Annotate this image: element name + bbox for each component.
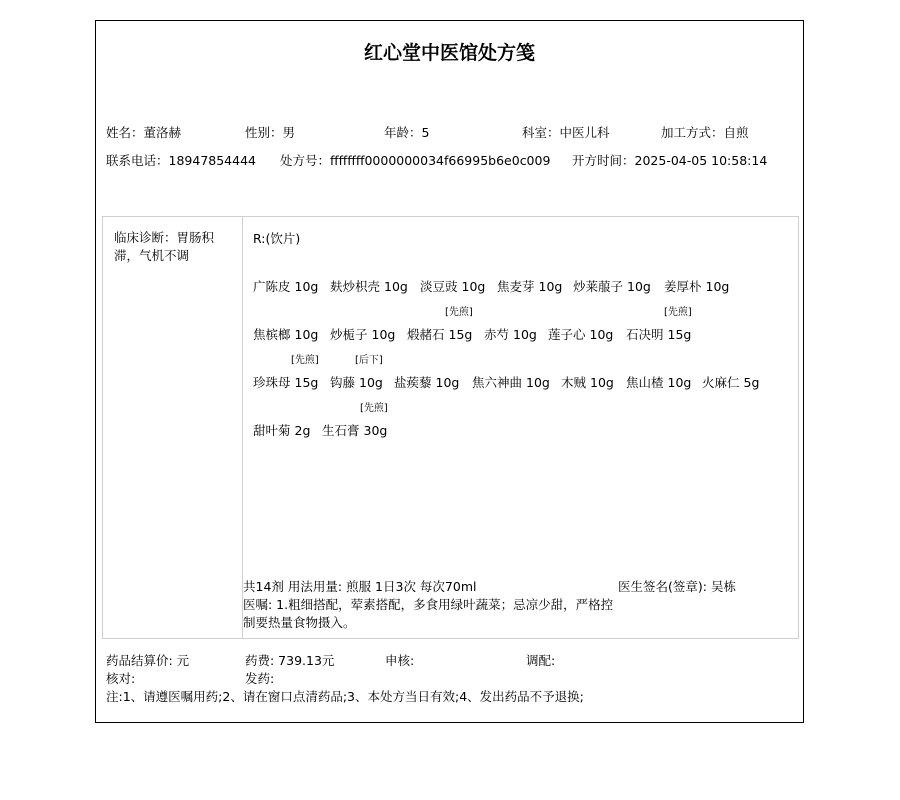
footer-notes: 注:1、请遵医嘱用药;2、请在窗口点清药品;3、本处方当日有效;4、发出药品不予… bbox=[106, 687, 584, 705]
herb-item: 焦麦芽 10g bbox=[497, 277, 562, 295]
herb-item: [先煎]石决明 15g bbox=[626, 325, 691, 343]
doctor-advice: 医嘱: 1.粗细搭配，荤素搭配，多食用绿叶蔬菜；忌凉少甜，严格控制要热量食物摄入… bbox=[243, 596, 623, 632]
herb-item: 焦槟榔 10g bbox=[253, 325, 318, 343]
herb-item: 盐蒺藜 10g bbox=[394, 373, 459, 391]
herb-item: 甜叶菊 2g bbox=[253, 421, 310, 439]
herb-item: 广陈皮 10g bbox=[253, 277, 318, 295]
decoction-note: [先煎] bbox=[664, 303, 692, 318]
herb-item: 姜厚朴 10g bbox=[664, 277, 729, 295]
decoction-note: [后下] bbox=[355, 351, 383, 366]
herb-item: [先煎]生石膏 30g bbox=[322, 421, 387, 439]
column-divider bbox=[242, 217, 243, 638]
prescription-number: 处方号：ffffffff0000000034f66995b6e0c009 bbox=[280, 151, 550, 169]
patient-name: 姓名：董洛赫 bbox=[106, 123, 181, 141]
herb-item: [先煎]煅赭石 15g bbox=[407, 325, 472, 343]
herb-item: [先煎]珍珠母 15g bbox=[253, 373, 318, 391]
issue-field: 发药: bbox=[245, 669, 274, 687]
herb-item: 莲子心 10g bbox=[548, 325, 613, 343]
herb-item: 炒莱菔子 10g bbox=[573, 277, 651, 295]
patient-phone: 联系电话：18947854444 bbox=[106, 151, 256, 169]
dispense-field: 调配: bbox=[526, 651, 555, 669]
usage-dosage: 共14剂 用法用量: 煎服 1日3次 每次70ml bbox=[243, 577, 476, 595]
department: 科室：中医儿科 bbox=[522, 123, 610, 141]
decoction-note: [先煎] bbox=[360, 399, 388, 414]
herb-item: 炒栀子 10g bbox=[330, 325, 395, 343]
page-title: 红心堂中医馆处方笺 bbox=[96, 38, 803, 65]
herb-item: 焦山楂 10g bbox=[626, 373, 691, 391]
process-method: 加工方式：自煎 bbox=[661, 123, 749, 141]
review-field: 申核: bbox=[385, 651, 414, 669]
rx-header: R:(饮片) bbox=[253, 229, 300, 247]
prescription-sheet: 红心堂中医馆处方笺 姓名：董洛赫 性别：男 年龄：5 科室：中医儿科 加工方式：… bbox=[95, 20, 804, 723]
herb-item: 木贼 10g bbox=[561, 373, 614, 391]
check-field: 核对: bbox=[106, 669, 135, 687]
doctor-signature: 医生签名(签章): 吴栋 bbox=[618, 577, 736, 595]
decoction-note: [先煎] bbox=[445, 303, 473, 318]
herb-item: 火麻仁 5g bbox=[702, 373, 759, 391]
decoction-note: [先煎] bbox=[291, 351, 319, 366]
patient-age: 年龄：5 bbox=[384, 123, 429, 141]
herb-item: 焦六神曲 10g bbox=[472, 373, 550, 391]
herb-item: 麸炒枳壳 10g bbox=[330, 277, 408, 295]
herb-item: [后下]钩藤 10g bbox=[330, 373, 383, 391]
herb-item: 赤芍 10g bbox=[484, 325, 537, 343]
drug-fee: 药费: 739.13元 bbox=[245, 651, 334, 669]
patient-gender: 性别：男 bbox=[245, 123, 295, 141]
herb-item: 淡豆豉 10g bbox=[420, 277, 485, 295]
settle-price: 药品结算价: 元 bbox=[106, 651, 189, 669]
clinical-diagnosis: 临床诊断：胃肠积滞，气机不调 bbox=[114, 229, 234, 265]
prescription-time: 开方时间：2025-04-05 10:58:14 bbox=[572, 151, 767, 169]
prescription-box: 临床诊断：胃肠积滞，气机不调 R:(饮片) 广陈皮 10g 麸炒枳壳 10g 淡… bbox=[102, 216, 799, 639]
